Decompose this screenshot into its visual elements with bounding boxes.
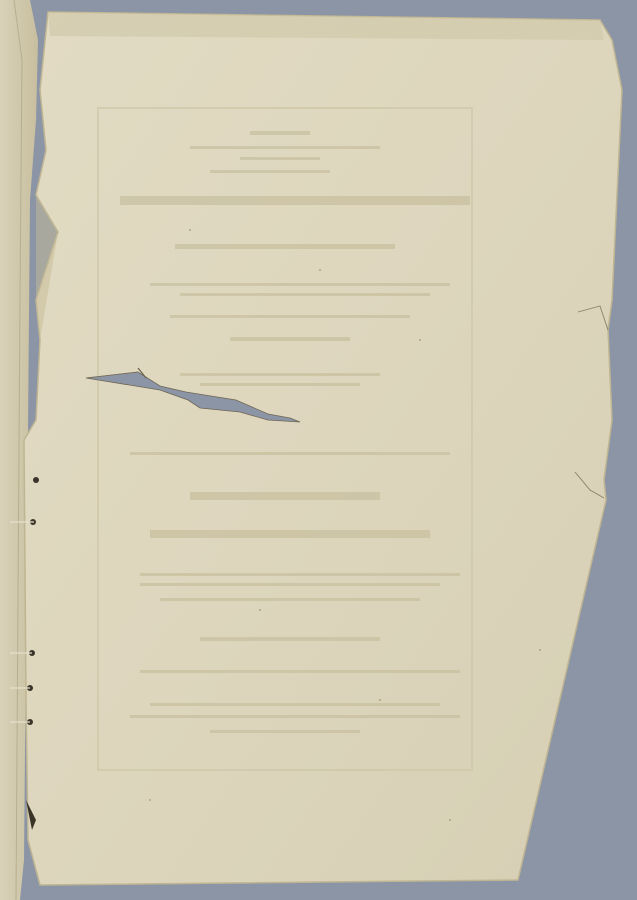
document-photo xyxy=(0,0,637,900)
photo-scene xyxy=(0,0,637,900)
paper-page xyxy=(24,12,622,885)
